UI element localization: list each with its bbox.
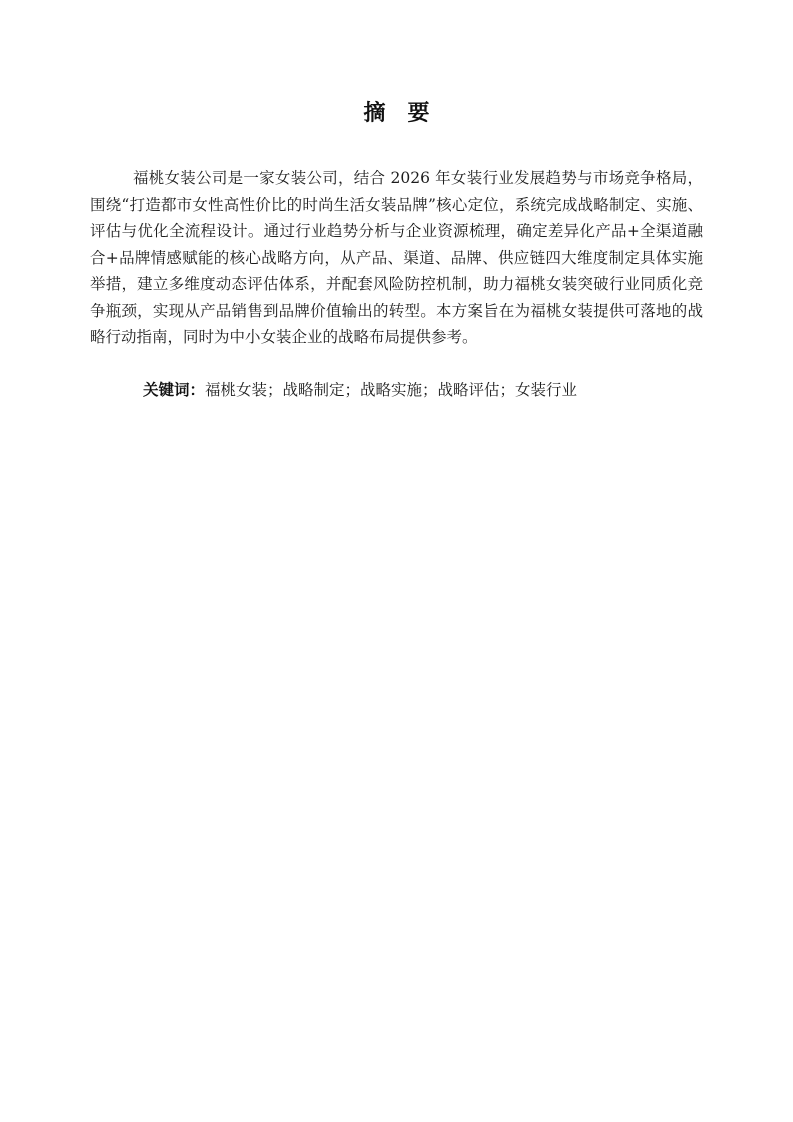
keywords-label: 关键词	[143, 381, 190, 399]
keywords-line: 关键词：福桃女装；战略制定；战略实施；战略评估；女装行业	[90, 377, 703, 404]
document-page: 摘 要 福桃女装公司是一家女装公司，结合 2026 年女装行业发展趋势与市场竞争…	[0, 0, 793, 1122]
abstract-paragraph: 福桃女装公司是一家女装公司，结合 2026 年女装行业发展趋势与市场竞争格局，围…	[90, 165, 703, 351]
keywords-separator: ：	[190, 381, 206, 399]
abstract-title: 摘 要	[90, 0, 703, 127]
keywords-values: 福桃女装；战略制定；战略实施；战略评估；女装行业	[205, 381, 577, 399]
